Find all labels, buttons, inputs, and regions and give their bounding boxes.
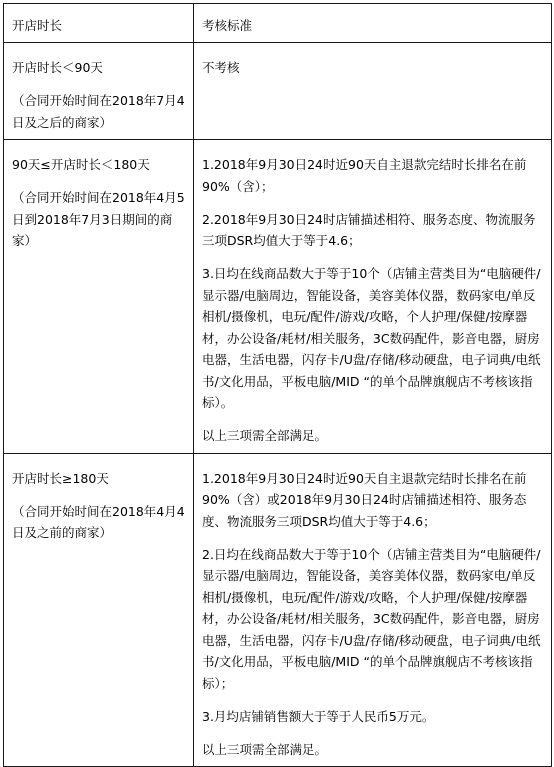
table-row-over-180-days: 开店时长≥180天 （合同开始时间在2018年4月4日及之前的商家） 1.201… <box>4 453 552 767</box>
header-cell-criteria: 考核标准 <box>194 4 552 43</box>
contract-period-note: （合同开始时间在2018年7月4日及之后的商家） <box>12 90 185 133</box>
contract-period-note: （合同开始时间在2018年4月4日及之前的商家） <box>12 501 185 544</box>
criteria-item: 不考核 <box>202 57 543 79</box>
criteria-item-2: 2.2018年9月30日24时店铺描述相符、服务态度、物流服务三项DSR均值大于… <box>202 209 543 252</box>
header-duration-label: 开店时长 <box>12 15 185 37</box>
duration-cell: 开店时长≥180天 （合同开始时间在2018年4月4日及之前的商家） <box>4 453 194 767</box>
header-cell-duration: 开店时长 <box>4 4 194 43</box>
criteria-cell: 1.2018年9月30日24时近90天自主退款完结时长排名在前90%（含）或20… <box>194 453 552 767</box>
criteria-footnote: 以上三项需全部满足。 <box>202 425 543 447</box>
criteria-item-1: 1.2018年9月30日24时近90天自主退款完结时长排名在前90%（含）或20… <box>202 468 543 533</box>
criteria-item-1: 1.2018年9月30日24时近90天自主退款完结时长排名在前90%（含）； <box>202 154 543 197</box>
criteria-cell: 不考核 <box>194 43 552 140</box>
criteria-item-2: 2.日均在线商品数大于等于10个（店铺主营类目为“电脑硬件/显示器/电脑周边，智… <box>202 544 543 695</box>
header-row: 开店时长 考核标准 <box>4 4 552 43</box>
criteria-cell: 1.2018年9月30日24时近90天自主退款完结时长排名在前90%（含）； 2… <box>194 140 552 454</box>
duration-cell: 90天≤开店时长＜180天 （合同开始时间在2018年4月5日到2018年7月3… <box>4 140 194 454</box>
duration-text: 开店时长≥180天 <box>12 468 185 490</box>
duration-text: 90天≤开店时长＜180天 <box>12 154 185 176</box>
duration-text: 开店时长＜90天 <box>12 57 185 79</box>
header-criteria-label: 考核标准 <box>202 15 543 37</box>
table-row-under-90-days: 开店时长＜90天 （合同开始时间在2018年7月4日及之后的商家） 不考核 <box>4 43 552 140</box>
table-row-90-to-180-days: 90天≤开店时长＜180天 （合同开始时间在2018年4月5日到2018年7月3… <box>4 140 552 454</box>
assessment-criteria-table: 开店时长 考核标准 开店时长＜90天 （合同开始时间在2018年7月4日及之后的… <box>3 3 552 767</box>
criteria-footnote: 以上三项需全部满足。 <box>202 739 543 761</box>
contract-period-note: （合同开始时间在2018年4月5日到2018年7月3日期间的商家） <box>12 187 185 252</box>
criteria-item-3: 3.月均店铺销售额大于等于人民币5万元。 <box>202 706 543 728</box>
criteria-item-3: 3.日均在线商品数大于等于10个（店铺主营类目为“电脑硬件/显示器/电脑周边，智… <box>202 263 543 414</box>
duration-cell: 开店时长＜90天 （合同开始时间在2018年7月4日及之后的商家） <box>4 43 194 140</box>
